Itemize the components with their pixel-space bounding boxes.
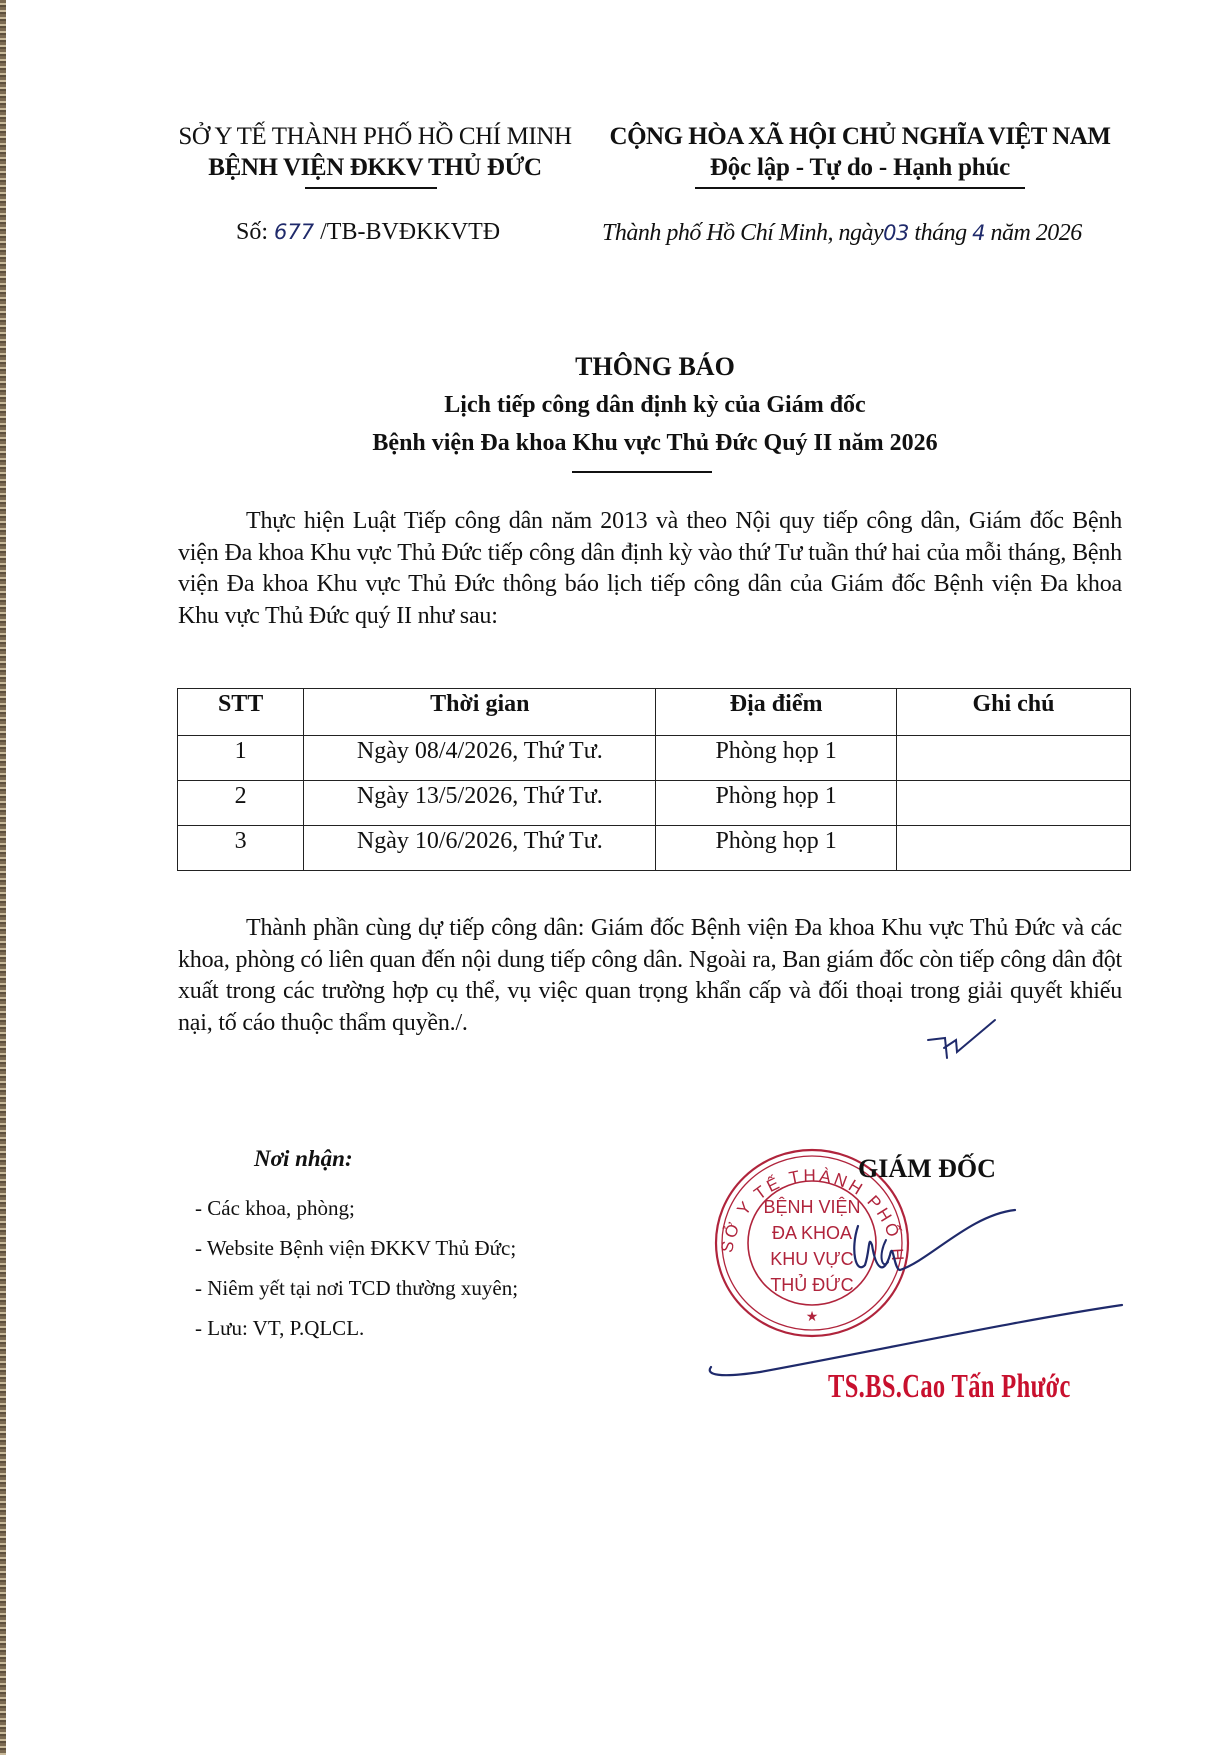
issue-date: Thành phố Hồ Chí Minh, ngày03 tháng 4 nă… bbox=[602, 220, 1082, 247]
recipient-item: - Các khoa, phòng; bbox=[195, 1188, 518, 1228]
national-motto-block: CỘNG HÒA XÃ HỘI CHỦ NGHĨA VIỆT NAM Độc l… bbox=[590, 122, 1130, 184]
doc-number-handwritten: 677 bbox=[274, 220, 314, 244]
document-subject-line2: Bệnh viện Đa khoa Khu vực Thủ Đức Quý II… bbox=[160, 430, 1150, 457]
issuer-block: SỞ Y TẾ THÀNH PHỐ HỒ CHÍ MINH BỆNH VIỆN … bbox=[160, 122, 590, 184]
cell-time: Ngày 08/4/2026, Thứ Tư. bbox=[304, 736, 656, 781]
title-underline bbox=[572, 471, 712, 473]
svg-text:THỦ ĐỨC: THỦ ĐỨC bbox=[770, 1274, 853, 1295]
cell-note bbox=[896, 781, 1130, 826]
date-year: năm 2026 bbox=[985, 220, 1082, 246]
svg-text:★: ★ bbox=[806, 1310, 819, 1325]
col-stt: STT bbox=[178, 689, 304, 736]
signer-name: TS.BS.Cao Tấn Phước bbox=[828, 1368, 1071, 1406]
table-row: 3 Ngày 10/6/2026, Thứ Tư. Phòng họp 1 bbox=[178, 826, 1131, 871]
recipient-item: - Lưu: VT, P.QLCL. bbox=[195, 1308, 518, 1348]
table-row: 1 Ngày 08/4/2026, Thứ Tư. Phòng họp 1 bbox=[178, 736, 1131, 781]
date-place: Thành phố Hồ Chí Minh, ngày bbox=[602, 220, 883, 246]
col-note: Ghi chú bbox=[896, 689, 1130, 736]
issuer-underline bbox=[305, 187, 437, 189]
cell-place: Phòng họp 1 bbox=[656, 736, 897, 781]
svg-text:ĐA KHOA: ĐA KHOA bbox=[772, 1223, 852, 1243]
participants-paragraph: Thành phần cùng dự tiếp công dân: Giám đ… bbox=[178, 913, 1122, 1039]
national-name: CỘNG HÒA XÃ HỘI CHỦ NGHĨA VIỆT NAM bbox=[590, 122, 1130, 152]
table-row: 2 Ngày 13/5/2026, Thứ Tư. Phòng họp 1 bbox=[178, 781, 1131, 826]
date-month-handwritten: 4 bbox=[972, 221, 985, 245]
cell-time: Ngày 10/6/2026, Thứ Tư. bbox=[304, 826, 656, 871]
recipient-item: - Niêm yết tại nơi TCD thường xuyên; bbox=[195, 1268, 518, 1308]
svg-text:KHU VỰC: KHU VỰC bbox=[770, 1249, 853, 1269]
doc-number-suffix: /TB-BVĐKKVTĐ bbox=[314, 219, 500, 245]
document-subject-line1: Lịch tiếp công dân định kỳ của Giám đốc bbox=[160, 392, 1150, 419]
cell-stt: 2 bbox=[178, 781, 304, 826]
cell-note bbox=[896, 826, 1130, 871]
scan-edge bbox=[0, 0, 6, 1755]
date-month-label: tháng bbox=[909, 220, 972, 246]
date-day-handwritten: 03 bbox=[883, 221, 909, 245]
col-place: Địa điểm bbox=[656, 689, 897, 736]
national-motto: Độc lập - Tự do - Hạnh phúc bbox=[590, 152, 1130, 184]
cell-stt: 1 bbox=[178, 736, 304, 781]
document-number: Số: 677 /TB-BVĐKKVTĐ bbox=[236, 219, 500, 246]
document-type: THÔNG BÁO bbox=[160, 352, 1150, 382]
cell-place: Phòng họp 1 bbox=[656, 826, 897, 871]
table-header-row: STT Thời gian Địa điểm Ghi chú bbox=[178, 689, 1131, 736]
cell-place: Phòng họp 1 bbox=[656, 781, 897, 826]
schedule-table: STT Thời gian Địa điểm Ghi chú 1 Ngày 08… bbox=[177, 688, 1131, 871]
issuer-department: SỞ Y TẾ THÀNH PHỐ HỒ CHÍ MINH bbox=[160, 122, 590, 152]
recipient-item: - Website Bệnh viện ĐKKV Thủ Đức; bbox=[195, 1228, 518, 1268]
cell-time: Ngày 13/5/2026, Thứ Tư. bbox=[304, 781, 656, 826]
cell-stt: 3 bbox=[178, 826, 304, 871]
svg-text:BỆNH VIỆN: BỆNH VIỆN bbox=[763, 1197, 860, 1217]
recipients-list: - Các khoa, phòng; - Website Bệnh viện Đ… bbox=[195, 1188, 518, 1348]
signer-position: GIÁM ĐỐC bbox=[858, 1154, 996, 1184]
cell-note bbox=[896, 736, 1130, 781]
signature-ink-icon bbox=[0, 0, 1219, 1755]
col-time: Thời gian bbox=[304, 689, 656, 736]
intro-paragraph: Thực hiện Luật Tiếp công dân năm 2013 và… bbox=[178, 506, 1122, 632]
motto-underline bbox=[695, 187, 1025, 189]
recipients-title: Nơi nhận: bbox=[254, 1146, 353, 1172]
doc-number-prefix: Số: bbox=[236, 219, 274, 245]
issuer-hospital: BỆNH VIỆN ĐKKV THỦ ĐỨC bbox=[160, 152, 590, 184]
